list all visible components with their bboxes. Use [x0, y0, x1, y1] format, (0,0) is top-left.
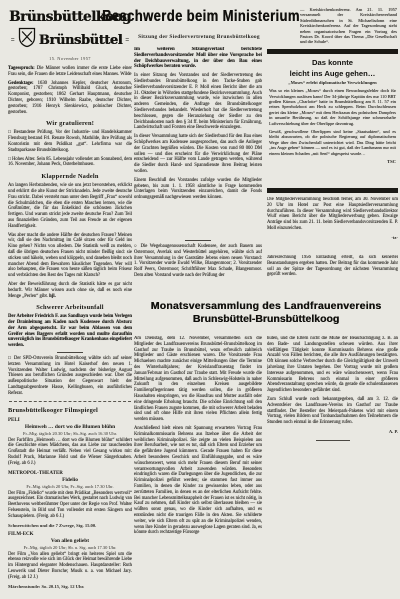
- cinema-block-filmeck: FILM-ECK Von allen geliebt Fr–Mtg. tägli…: [8, 532, 132, 589]
- landfrauen-paragraph-3: hüten, und die Eltern nicht die Mühe der…: [267, 336, 398, 394]
- second-headline: Monatsversammlung des Landfrauenvereins …: [134, 300, 398, 326]
- wegebau-continuation: Jahresrechnung 1956 Entlastung erteilt, …: [267, 255, 398, 299]
- gedenktage: Gedenktage: 1630 Johannes Kepler, deutsc…: [8, 81, 132, 116]
- article-paragraph-3: Einem Beschluß des Vorstandes zufolge wu…: [134, 178, 262, 201]
- wegebau-item-part-b: Jahresrechnung 1956 Entlastung erteilt, …: [267, 255, 398, 278]
- cinema-name-peli: PELI: [8, 418, 132, 423]
- cinema-name-filmeck: FILM-ECK: [8, 532, 132, 537]
- masthead-title2-text: Brünsbüttel: [39, 33, 122, 48]
- article-ending-block: Die Mitgliederversammlung beschloß ferne…: [267, 197, 398, 252]
- tagesspruch: Tagesspruch: Die Männer wollen immer die…: [8, 66, 132, 78]
- landfrauen-signature: A. P.: [267, 429, 398, 434]
- film-review-fidelio: Der Film „Fidelio“ wurde mit dem Prädika…: [8, 491, 132, 520]
- heading-klappernde-nadeln: Klappernde Nadeln: [8, 173, 132, 180]
- main-headline: Beschwerde beim Ministerium: [102, 7, 300, 27]
- box-paragraph-1: Was so ein kleines „Moses“ durch einen B…: [269, 88, 396, 126]
- separator-rule: [57, 352, 83, 353]
- cinema-block-metropol: METROPOL-THEATER Fidelio Fr–Mtg. täglich…: [8, 471, 132, 528]
- film-title-heimweh: Heimweh … dort wo die Blumen blühn: [8, 424, 132, 430]
- landfrauen-column-left: Am Dienstag, dem 12. November, versammel…: [134, 336, 262, 597]
- ornament-right: =: [125, 36, 129, 44]
- boxed-article: Das konnte leicht ins Auge gehen… „Moses…: [267, 57, 398, 185]
- box-signature: TSC: [269, 159, 396, 164]
- middle-column-article: Im weiteren Sitzungsverlauf berichtete S…: [134, 47, 262, 235]
- ornament-left: =: [11, 36, 15, 44]
- nadeln-paragraph-1: An langen Herbstabenden, wie sie uns jet…: [8, 183, 132, 229]
- tagesspruch-label: Tagesspruch:: [8, 66, 35, 71]
- article-paragraph-2: In dieser Versammlung hatte sich der Sie…: [134, 134, 262, 175]
- film-review-heimweh: Der Farbfilm „Heimweh … dort wo die Blum…: [8, 438, 132, 467]
- city-crest-icon: [18, 27, 36, 53]
- film-times-heimweh: Fr–Mtg. täglich 20.30 Uhr; Sb–Stg. auch …: [8, 431, 132, 436]
- nadeln-paragraph-3: Aber der Beweisführung durch die Statist…: [8, 282, 132, 299]
- film-times-fidelio: Fr–Mtg. täglich 20 Uhr, Fr–Stg. auch 17.…: [8, 484, 132, 489]
- second-headline-line2: Brunsbüttel-Brunsbüttelkoog: [134, 313, 398, 326]
- dashed-separator: [9, 401, 131, 402]
- end-rule: [316, 440, 350, 441]
- film-extra-metropol: Schneewittchen und die 7 Zwerge, Stg. 15…: [8, 523, 132, 528]
- nadeln-signature: hjl.: [49, 294, 56, 299]
- cinema-block-peli: PELI Heimweh … dort wo die Blumen blühn …: [8, 418, 132, 467]
- article-ending-paragraph: Die Mitgliederversammlung beschloß ferne…: [267, 197, 398, 232]
- gratulieren-item-2: □ Hohes Alter. Sein 85. Lebensjahr volle…: [8, 157, 132, 169]
- film-review-von-allen-geliebt: Der Film „Von allen geliebt“ bringt ein …: [8, 552, 132, 581]
- heading-wir-gratulieren: Wir gratulieren!: [8, 120, 132, 127]
- arbeitsunfall-body: Der Arbeiter Friedrich F. aus Sandhayn w…: [8, 314, 132, 349]
- box-bottom-bar: [267, 188, 398, 193]
- separator-rule: [185, 240, 211, 241]
- masthead-title-line2: = Brünsbüttel =: [8, 27, 132, 53]
- nadeln-paragraph-3-text: Aber der Beweisführung durch die Statist…: [8, 282, 132, 299]
- kirchenkonferenz-notice: — Kreiskirchenkonferenz. Am 21. 11. 1957…: [300, 7, 397, 49]
- box-top-bar: [267, 49, 398, 54]
- left-column: Brünsbüttelkoog = Brünsbüttel = 15. Nove…: [8, 10, 132, 595]
- box-paragraph-2-text: Gewiß, geschwollene Oberlippen sind kein…: [269, 129, 396, 156]
- film-extra-filmeck: Märchenstunde: So. 20.15, Stg. 12 Uhr.: [8, 584, 132, 589]
- gratulieren-item-1: □ Bestandene Prüfung. Vor der Industrie-…: [8, 130, 132, 153]
- heading-filmspiegel: Brunsbüttelkooger Filmspiegel: [8, 407, 132, 414]
- cinema-name-metropol: METROPOL-THEATER: [8, 471, 132, 476]
- film-title-fidelio: Fidelio: [8, 477, 132, 483]
- box-paragraph-2: Gewiß, geschwollene Oberlippen sind kein…: [269, 129, 396, 156]
- spd-item: □ Der SPD-Ortsverein Brunsbüttelkoog wäh…: [8, 356, 132, 397]
- wegebau-item-part-a: ○ Die Wegebaugenossenschaft Kudensee, de…: [134, 244, 262, 279]
- issue-date: 15. November 1957: [8, 56, 132, 61]
- box-title-line2: leicht ins Auge gehen…: [269, 70, 396, 79]
- landfrauen-paragraph-2: Anschließend hielt einen mit Spannung er…: [134, 426, 262, 536]
- main-subhead: Sitzung der Siedlervertretung Brunsbütte…: [136, 34, 262, 40]
- landfrauen-column-right: hüten, und die Eltern nicht die Mühe der…: [267, 336, 398, 496]
- newspaper-page: Brünsbüttelkoog = Brünsbüttel = 15. Nove…: [0, 0, 400, 599]
- middle-column-notice: ○ Die Wegebaugenossenschaft Kudensee, de…: [134, 237, 262, 297]
- nadeln-paragraph-2: Was aber macht die andere Hälfte der deu…: [8, 233, 132, 279]
- heading-arbeitsunfall: Schwerer Arbeitsunfall: [8, 304, 132, 311]
- box-title-line1: Das konnte: [269, 59, 396, 68]
- gedenktage-label: Gedenktage:: [8, 81, 34, 86]
- article-paragraph-1: In einer Sitzung des Vorstandes und der …: [134, 73, 262, 131]
- kirchenkonferenz-text: — Kreiskirchenkonferenz. Am 21. 11. 1957…: [300, 7, 397, 45]
- landfrauen-paragraph-4: Zum Schluß wurde noch bekanntgegeben, da…: [267, 397, 398, 426]
- second-headline-line1: Monatsversammlung des Landfrauenvereins: [134, 300, 398, 313]
- gedenktage-text: 1630 Johannes Kepler, deutscher Astronom…: [8, 81, 132, 115]
- box-subtitle: „Moses“ erlebt diplomatische Verwicklung…: [269, 80, 396, 85]
- landfrauen-paragraph-1: Am Dienstag, dem 12. November, versammel…: [134, 336, 262, 423]
- article-lede: Im weiteren Sitzungsverlauf berichtete S…: [134, 47, 262, 70]
- film-times-von-allen-geliebt: Fr–Mtg. täglich 20 Uhr; Sb. u. Stg. auch…: [8, 545, 132, 550]
- film-title-von-allen-geliebt: Von allen geliebt: [8, 538, 132, 544]
- article-ending-signature: -tz-: [267, 235, 398, 240]
